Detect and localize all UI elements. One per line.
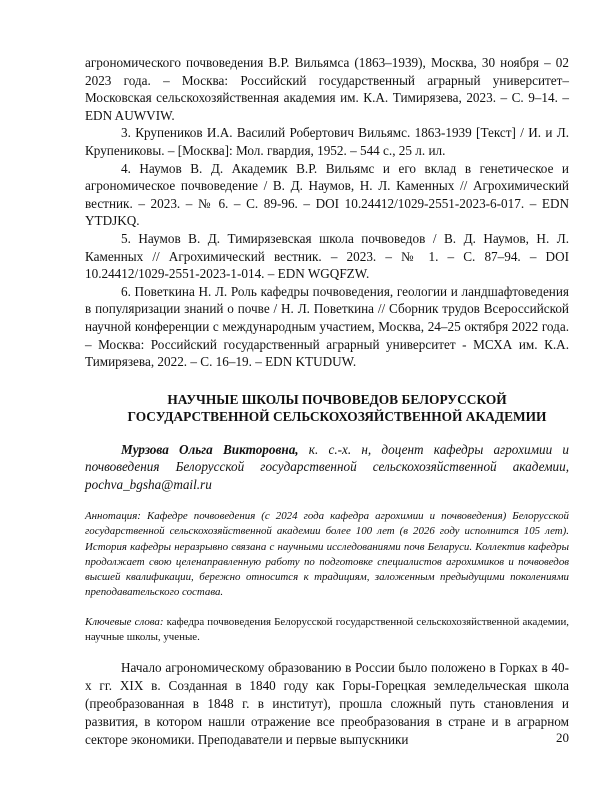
body-paragraph: Начало агрономическому образованию в Рос… bbox=[85, 659, 569, 749]
article-title: НАУЧНЫЕ ШКОЛЫ ПОЧВОВЕДОВ БЕЛОРУССКОЙ ГОС… bbox=[85, 391, 569, 426]
reference-item-5: 5. Наумов В. Д. Тимирязевская школа почв… bbox=[85, 230, 569, 283]
reference-item-6: 6. Поветкина Н. Л. Роль кафедры почвовед… bbox=[85, 283, 569, 371]
reference-continuation: агрономического почвоведения В.Р. Вильям… bbox=[85, 54, 569, 124]
keywords: Ключевые слова: кафедра почвоведения Бел… bbox=[85, 615, 569, 646]
reference-item-4: 4. Наумов В. Д. Академик В.Р. Вильямс и … bbox=[85, 160, 569, 230]
keywords-label: Ключевые слова: bbox=[85, 616, 164, 628]
article-title-line-2: ГОСУДАРСТВЕННОЙ СЕЛЬСКОХОЗЯЙСТВЕННОЙ АКА… bbox=[105, 408, 569, 425]
author-name: Мурзова Ольга Викторовна, bbox=[121, 442, 299, 457]
article-title-line-1: НАУЧНЫЕ ШКОЛЫ ПОЧВОВЕДОВ БЕЛОРУССКОЙ bbox=[105, 391, 569, 408]
reference-item-3: 3. Крупеников И.А. Василий Робертович Ви… bbox=[85, 124, 569, 159]
page-number: 20 bbox=[556, 730, 569, 746]
author-block: Мурзова Ольга Викторовна, к. с.-х. н, до… bbox=[85, 441, 569, 494]
abstract: Аннотация: Кафедре почвоведения (с 2024 … bbox=[85, 509, 569, 600]
document-page: агрономического почвоведения В.Р. Вильям… bbox=[85, 54, 569, 749]
